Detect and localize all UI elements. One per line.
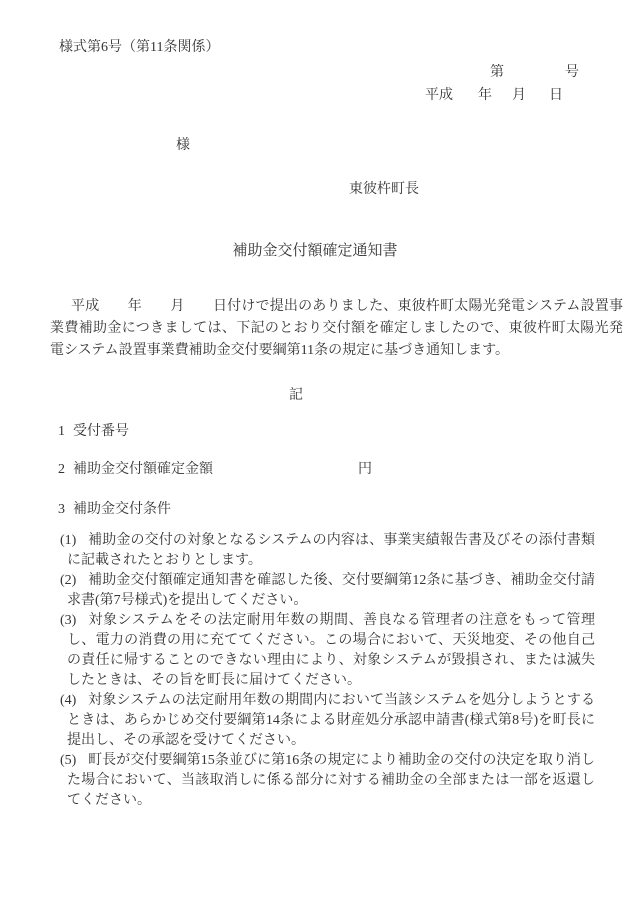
ref-prefix: 第 (490, 65, 504, 80)
condition-number: (2) (60, 571, 88, 591)
condition-text: 対象システムの法定耐用年数の期間内において当該システムを処分しようとするときは、… (67, 693, 595, 748)
section-number: 1 (58, 424, 73, 440)
section-label: 補助金交付額確定金額 (73, 462, 213, 477)
section-row-receipt-number: 1受付番号 (58, 420, 129, 440)
ref-suffix: 号 (565, 65, 579, 80)
form-number-label: 様式第6号（第11条関係） (59, 36, 219, 56)
date-month-label: 月 (512, 88, 526, 103)
section-row-confirmed-amount: 2補助金交付額確定金額円 (58, 458, 372, 478)
date-line: 平成年月日 (425, 84, 563, 104)
condition-item: (1)補助金の交付の対象となるシステムの内容は、事業実績報告書及びその添付書類に… (60, 531, 595, 571)
condition-item: (4)対象システムの法定耐用年数の期間内において当該システムを処分しようとすると… (60, 691, 595, 751)
condition-text: 町長が交付要綱第15条並びに第16条の規定により補助金の交付の決定を取り消した場… (67, 753, 595, 808)
conditions-list: (1)補助金の交付の対象となるシステムの内容は、事業実績報告書及びその添付書類に… (60, 531, 595, 811)
reference-number-line: 第号 (490, 61, 579, 81)
date-era: 平成 (425, 88, 453, 103)
body-paragraph: 平成 年 月 日付けで提出のありました、東彼杵町太陽光発電システム設置事業費補助… (50, 296, 623, 362)
condition-number: (4) (60, 691, 88, 711)
date-year-label: 年 (478, 88, 492, 103)
document-page: 様式第6号（第11条関係） 第号 平成年月日 様 東彼杵町長 補助金交付額確定通… (0, 0, 630, 915)
condition-number: (1) (60, 531, 88, 551)
date-day-label: 日 (549, 88, 563, 103)
section-label: 受付番号 (73, 424, 129, 439)
amount-unit-yen: 円 (358, 462, 372, 477)
document-title: 補助金交付額確定通知書 (0, 239, 630, 260)
condition-item: (5)町長が交付要綱第15条並びに第16条の規定により補助金の交付の決定を取り消… (60, 751, 595, 811)
sender-title: 東彼杵町長 (349, 178, 419, 198)
condition-item: (2)補助金交付額確定通知書を確認した後、交付要綱第12条に基づき、補助金交付請… (60, 571, 595, 611)
condition-text: 対象システムをその法定耐用年数の期間、善良なる管理者の注意をもって管理し、電力の… (67, 613, 595, 688)
section-label: 補助金交付条件 (73, 502, 171, 517)
condition-number: (3) (60, 611, 88, 631)
addressee-honorific: 様 (176, 134, 190, 154)
section-row-grant-conditions: 3補助金交付条件 (58, 498, 171, 518)
record-marker: 記 (289, 384, 303, 404)
section-number: 2 (58, 462, 73, 478)
condition-text: 補助金の交付の対象となるシステムの内容は、事業実績報告書及びその添付書類に記載さ… (67, 533, 595, 568)
condition-item: (3)対象システムをその法定耐用年数の期間、善良なる管理者の注意をもって管理し、… (60, 611, 595, 691)
condition-number: (5) (60, 751, 88, 771)
section-number: 3 (58, 502, 73, 518)
condition-text: 補助金交付額確定通知書を確認した後、交付要綱第12条に基づき、補助金交付請求書(… (67, 573, 595, 608)
